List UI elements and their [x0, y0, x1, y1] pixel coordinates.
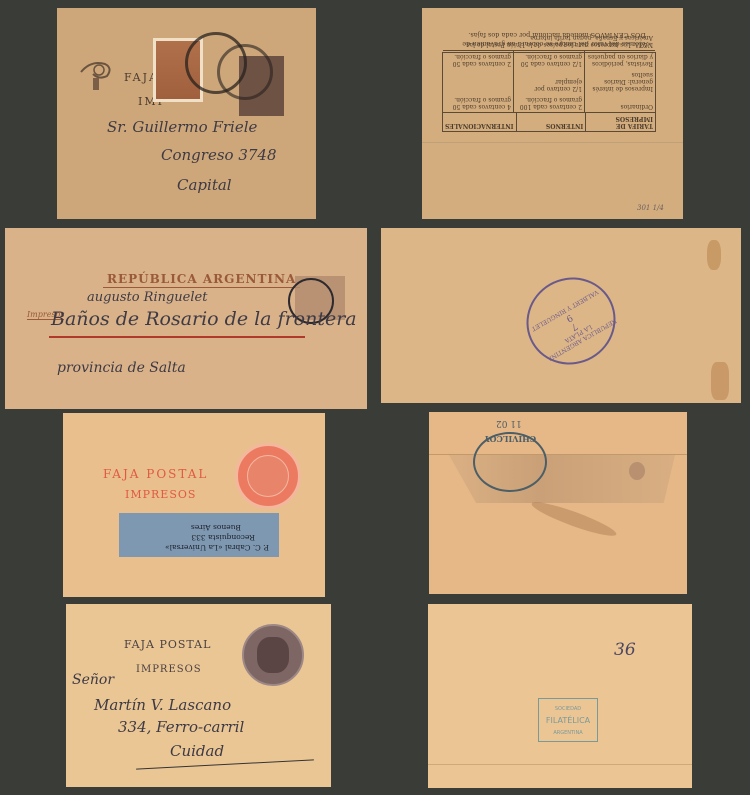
table-cell: 2 centavos cada 50 gramos o fracción.: [443, 51, 513, 69]
fold-line: [428, 764, 692, 765]
wrapper-1-back: «Además del valor del timbre se cobrará …: [422, 8, 683, 219]
cachet-line: ARGENTINA: [539, 727, 597, 739]
printed-title: FAJA POSTAL: [124, 638, 211, 651]
postmark: CHIVILCOY: [473, 432, 547, 492]
table-cell: Revistas, periódicos y diarios en paquet…: [584, 51, 655, 69]
table-header: INTERNACIONALES: [443, 113, 516, 131]
printed-subtitle: IMPRESOS: [136, 664, 202, 675]
postmark-town: CHIVILCOY: [484, 434, 536, 444]
wrapper-2-front: REPÚBLICA ARGENTINA augusto Ringuelet Im…: [5, 228, 367, 409]
table-cell: Ordinarios: [584, 94, 655, 112]
address-line: Sr. Guillermo Friele: [107, 118, 257, 136]
wrapper-2-back: REPUBLICA ARGENTINA LA PLATA 7 9 VALBERT…: [381, 228, 741, 403]
pencil-note: 36: [614, 640, 636, 660]
wrapper-3-front: FAJA POSTAL IMPRESOS P. C. Cabral «La Un…: [63, 413, 325, 597]
table-cell: 4 centavos cada 50 gramos o fracción.: [443, 94, 513, 112]
table-row: Impresos de interés general: Diarios sue…: [443, 69, 655, 94]
oval-cachet: REPUBLICA ARGENTINA LA PLATA 7 9 VALBERT…: [511, 261, 632, 380]
address-line: Baños de Rosario de la frontera: [51, 308, 357, 330]
label-line: Buenos Aires: [129, 522, 269, 532]
underline: [136, 759, 314, 769]
postmark-2: [217, 44, 273, 100]
printed-title: REPÚBLICA ARGENTINA: [103, 272, 300, 288]
address-label: P. C. Cabral «La Universal» Reconquista …: [119, 513, 279, 557]
cachet-line: FILATÉLICA: [539, 715, 597, 727]
stain: [707, 240, 721, 270]
address-line: Congreso 3748: [161, 146, 277, 164]
stain: [629, 462, 645, 480]
wrapper-4-back: 36 SOCIEDAD FILATÉLICA ARGENTINA: [428, 604, 692, 788]
indicium-liberty-head: [235, 443, 301, 509]
cachet-line: SOCIEDAD: [539, 703, 597, 715]
table-note: NOTA: Los impresos para los países de la…: [443, 32, 655, 51]
fold-line: [429, 454, 687, 455]
pencil-note: 301 1/4: [637, 204, 664, 212]
printed-title: FAJA POSTAL: [103, 467, 208, 481]
wrapper-1-front: FAJA IMI Sr. Guillermo Friele Congreso 3…: [57, 8, 316, 219]
address-line: Capital: [177, 176, 232, 194]
wrapper-4-front: FAJA POSTAL IMPRESOS Señor Martín V. Las…: [66, 604, 331, 787]
table-header: TARIFA DE IMPRESOS: [585, 113, 655, 131]
table-row: Revistas, periódicos y diarios en paquet…: [443, 51, 655, 69]
postmark-date: 11 02: [496, 418, 522, 428]
society-cachet: SOCIEDAD FILATÉLICA ARGENTINA: [538, 698, 598, 742]
address-line: Cuidad: [170, 742, 224, 760]
table-cell: 1/2 centavo por ejemplar: [513, 69, 584, 94]
table-header: INTERNOS: [516, 113, 586, 131]
wrapper-3-back: CHIVILCOY 11 02: [429, 412, 687, 594]
label-line: P. C. Cabral «La Universal»: [129, 542, 269, 552]
table-row: Ordinarios 2 centavos cada 100 gramos o …: [443, 94, 655, 112]
table-cell: 1/2 centavo cada 50 gramos o fracción.: [513, 51, 584, 69]
red-underline: [49, 336, 305, 338]
post-horn-icon: [77, 56, 117, 96]
printed-subtitle: IMPRESOS: [125, 488, 196, 501]
tariff-table: TARIFA DE IMPRESOS INTERNOS INTERNACIONA…: [442, 52, 656, 132]
address-line: provincia de Salta: [57, 360, 186, 376]
address-line: augusto Ringuelet: [87, 290, 207, 305]
stain: [529, 497, 618, 541]
address-line: Señor: [72, 672, 114, 688]
fold-line: [422, 142, 683, 143]
indicium-portrait: [242, 624, 304, 686]
table-cell: [443, 69, 513, 94]
label-line: Reconquista 333: [129, 532, 269, 542]
stain: [711, 362, 729, 400]
address-line: 334, Ferro-carril: [118, 718, 244, 736]
table-cell: Impresos de interés general: Diarios sue…: [584, 69, 655, 94]
address-line: Martín V. Lascano: [94, 696, 231, 714]
table-cell: 2 centavos cada 100 gramos o fracción.: [513, 94, 584, 112]
